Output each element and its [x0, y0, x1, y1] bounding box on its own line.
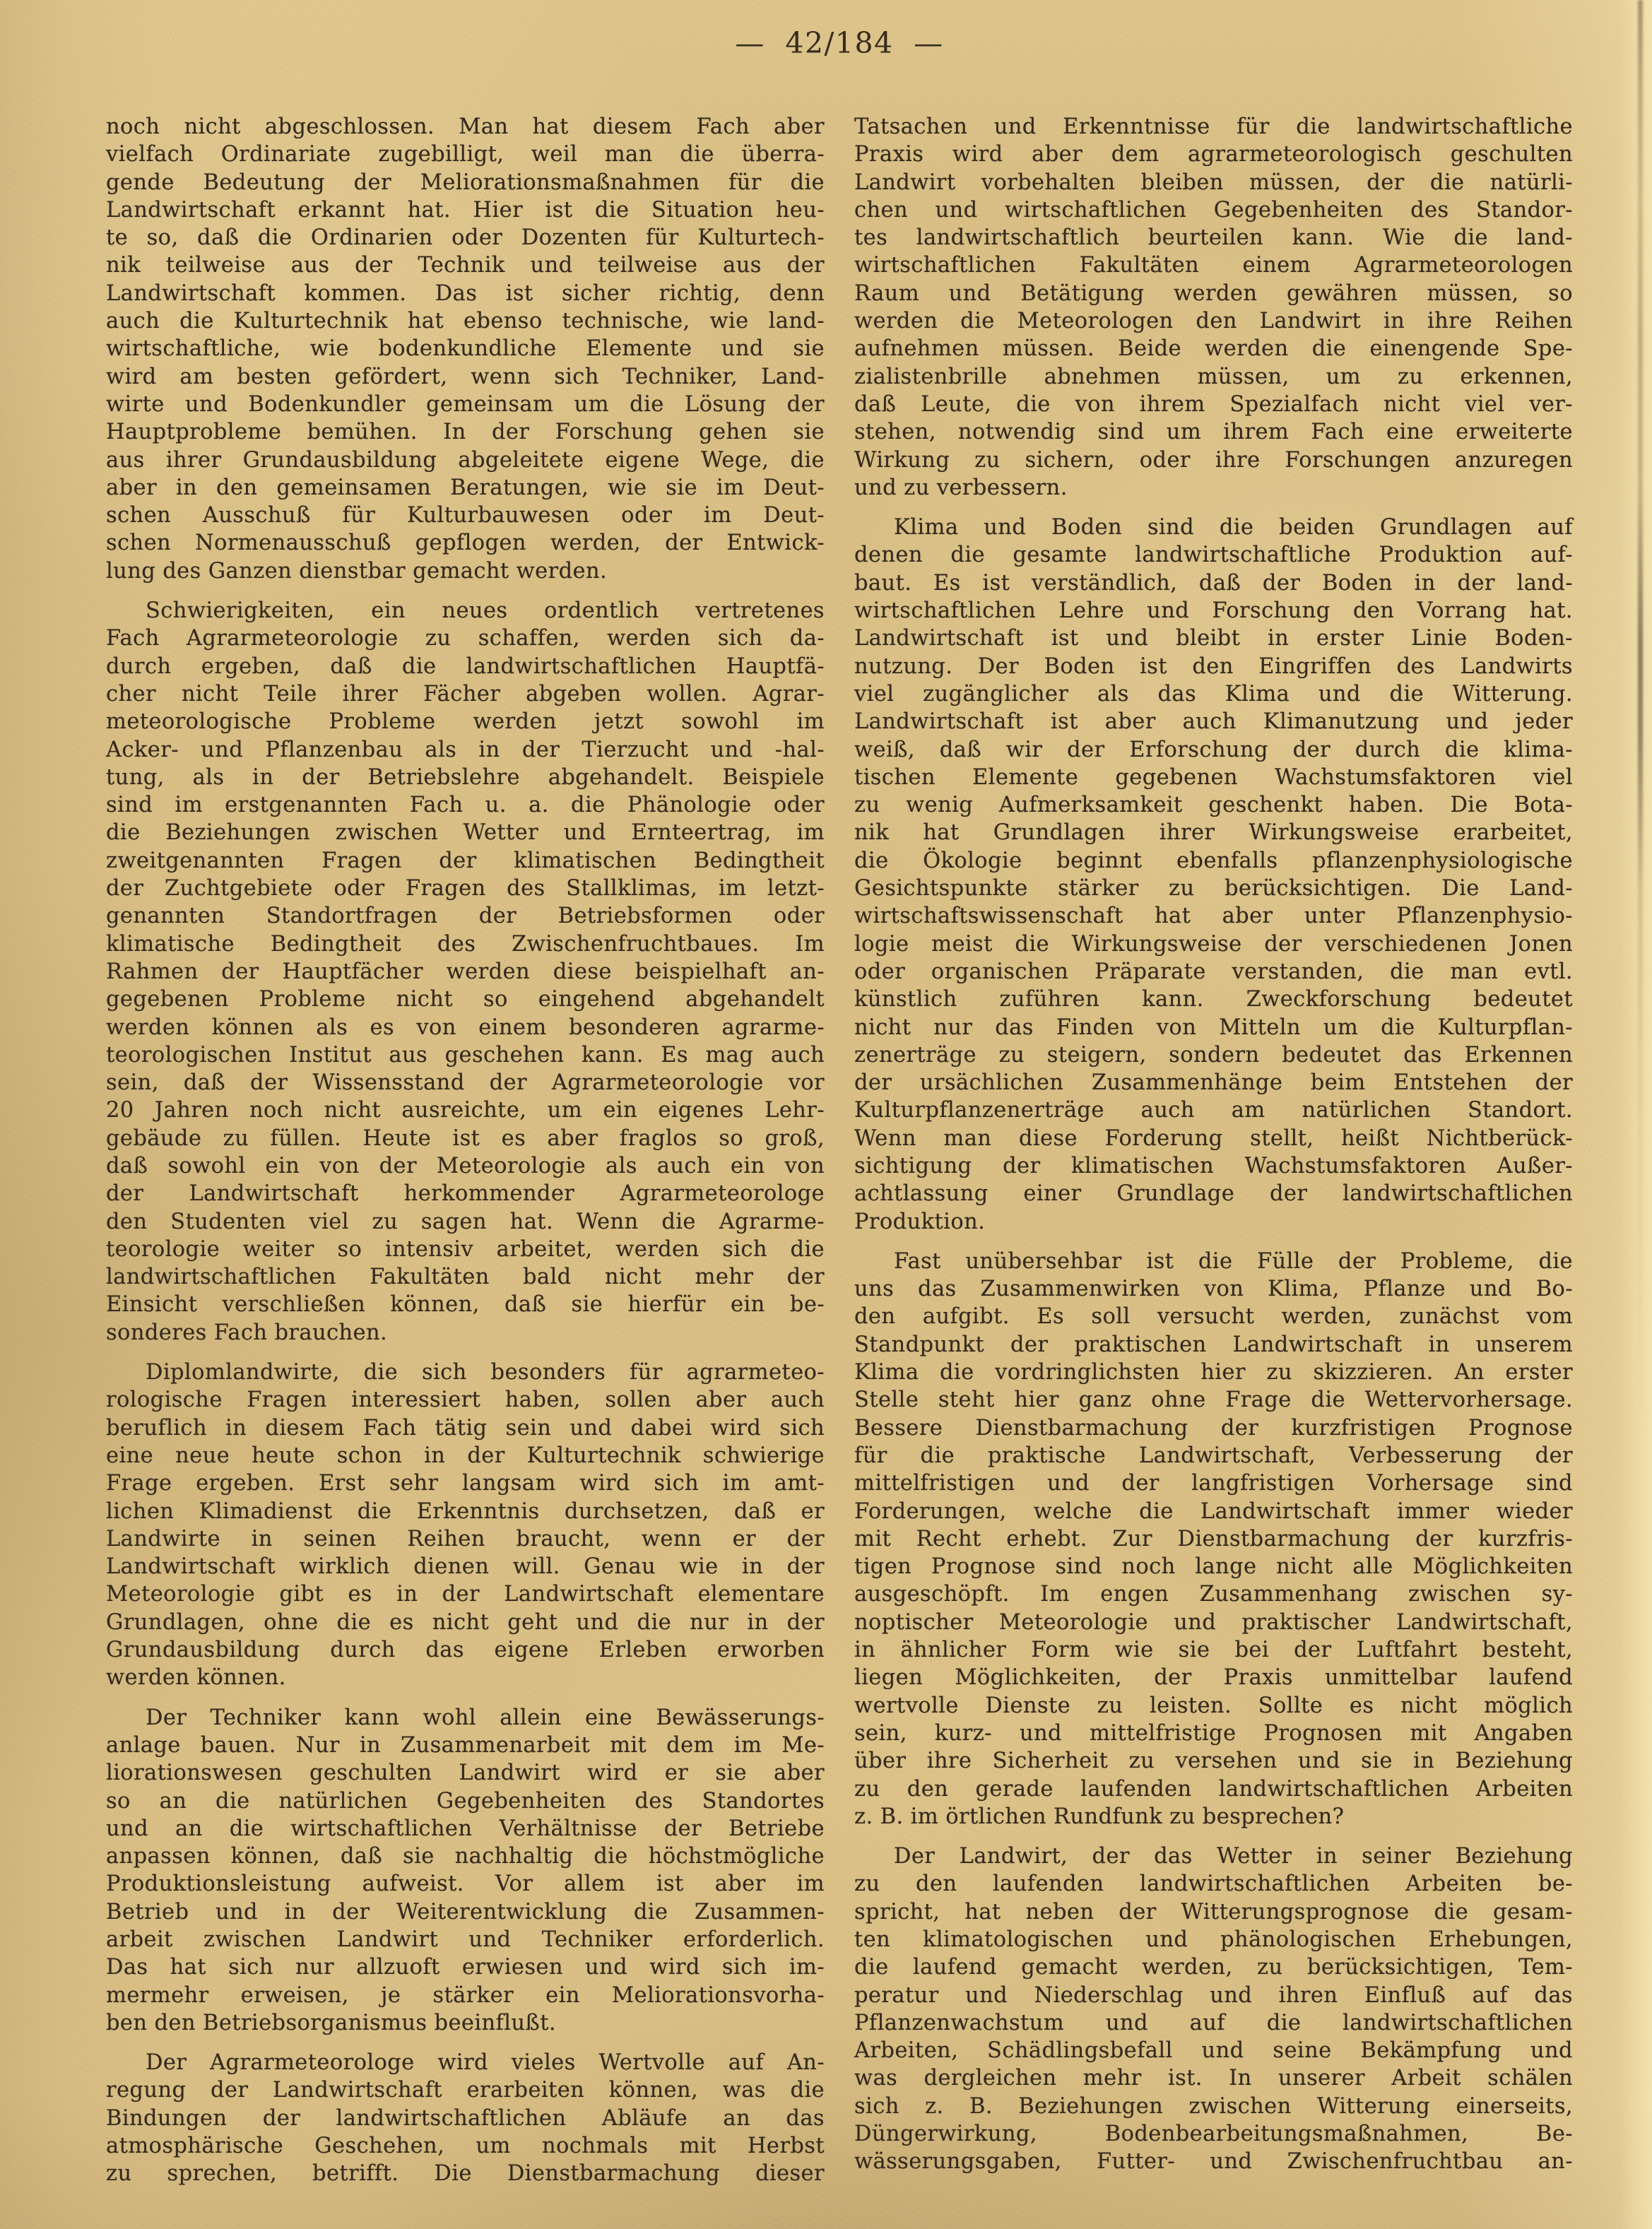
text-line: werden können als es von einem besondere… — [106, 1014, 825, 1041]
text-line: Landwirtschaft ist aber auch Klimanutzun… — [854, 708, 1573, 735]
text-line: Düngerwirkung, Bodenbearbeitungsmaßnahme… — [854, 2120, 1573, 2148]
text-line: die Beziehungen zwischen Wetter und Ernt… — [106, 819, 825, 846]
text-line: wirtschaftlichen Fakultäten einem Agrarm… — [854, 252, 1573, 279]
text-line: mermehr erweisen, je stärker ein Meliora… — [106, 1982, 825, 2009]
text-line: Tatsachen und Erkenntnisse für die landw… — [854, 113, 1573, 141]
text-line: sind im erstgenannten Fach u. a. die Phä… — [106, 791, 825, 819]
text-line: zialistenbrille abnehmen müssen, um zu e… — [854, 363, 1573, 391]
text-line: wertvolle Dienste zu leisten. Sollte es … — [854, 1692, 1573, 1720]
text-column-left: noch nicht abgeschlossen. Man hat diesem… — [106, 113, 825, 2188]
text-line: liorationswesen geschulten Landwirt wird… — [106, 1759, 825, 1787]
paragraph: Der Agrarmeteorologe wird vieles Wertvol… — [106, 2049, 825, 2187]
text-line: Gesichtspunkte stärker zu berücksichtige… — [854, 875, 1573, 902]
text-line: Wirkung zu sichern, oder ihre Forschunge… — [854, 447, 1573, 474]
text-line: der Zuchtgebiete oder Fragen des Stallkl… — [106, 875, 825, 902]
text-line: Der Techniker kann wohl allein eine Bewä… — [106, 1704, 825, 1732]
text-line: Rahmen der Hauptfächer werden diese beis… — [106, 958, 825, 986]
text-line: für die praktische Landwirtschaft, Verbe… — [854, 1442, 1573, 1470]
text-line: wirte und Bodenkundler gemeinsam um die … — [106, 391, 825, 418]
text-line: ausgeschöpft. Im engen Zusammenhang zwis… — [854, 1580, 1573, 1608]
text-line: Fach Agrarmeteorologie zu schaffen, werd… — [106, 625, 825, 652]
text-line: in ähnlicher Form wie sie bei der Luftfa… — [854, 1636, 1573, 1664]
text-line: Der Landwirt, der das Wetter in seiner B… — [854, 1843, 1573, 1870]
text-line: Klima und Boden sind die beiden Grundlag… — [854, 514, 1573, 541]
text-line: beruflich in diesem Fach tätig sein und … — [106, 1414, 825, 1442]
text-line: teorologie weiter so intensiv arbeitet, … — [106, 1236, 825, 1263]
paragraph: Schwierigkeiten, ein neues ordentlich ve… — [106, 597, 825, 1347]
text-line: Landwirt vorbehalten bleiben müssen, der… — [854, 169, 1573, 196]
text-line: Produktion. — [854, 1208, 1573, 1236]
text-line: weiß, daß wir der Erforschung der durch … — [854, 736, 1573, 764]
text-line: aus ihrer Grundausbildung abgeleitete ei… — [106, 447, 825, 474]
text-line: gegebenen Probleme nicht so eingehend ab… — [106, 986, 825, 1013]
scanned-page: { "document": { "kind": "scanned book pa… — [0, 0, 1652, 2229]
text-line: sein, daß der Wissensstand der Agrarmete… — [106, 1069, 825, 1096]
text-line: Stelle steht hier ganz ohne Frage die We… — [854, 1386, 1573, 1414]
text-line: Diplomlandwirte, die sich besonders für … — [106, 1359, 825, 1386]
text-line: Standpunkt der praktischen Landwirtschaf… — [854, 1331, 1573, 1359]
text-line: Forderungen, welche die Landwirtschaft i… — [854, 1498, 1573, 1525]
text-line: und zu verbessern. — [854, 474, 1573, 502]
text-line: wirtschaftswissenschaft hat aber unter P… — [854, 902, 1573, 930]
text-line: sich z. B. Beziehungen zwischen Witterun… — [854, 2093, 1573, 2120]
text-line: Klima die vordringlichsten hier zu skizz… — [854, 1359, 1573, 1386]
text-line: rologische Fragen interessiert haben, so… — [106, 1386, 825, 1414]
text-line: atmosphärische Geschehen, um nochmals mi… — [106, 2132, 825, 2160]
text-line: achtlassung einer Grundlage der landwirt… — [854, 1180, 1573, 1207]
text-line: noch nicht abgeschlossen. Man hat diesem… — [106, 113, 825, 141]
page-container: — 42/184 — noch nicht abgeschlossen. Man… — [0, 0, 1652, 2229]
text-line: denen die gesamte landwirtschaftliche Pr… — [854, 541, 1573, 569]
text-line: viel zugänglicher als das Klima und die … — [854, 680, 1573, 708]
text-line: schen Normenausschuß gepflogen werden, d… — [106, 529, 825, 557]
text-line: Landwirte in seinen Reihen braucht, wenn… — [106, 1525, 825, 1553]
text-line: vielfach Ordinariate zugebilligt, weil m… — [106, 141, 825, 168]
text-line: genannten Standortfragen der Betriebsfor… — [106, 902, 825, 930]
text-line: daß Leute, die von ihrem Spezialfach nic… — [854, 391, 1573, 418]
text-line: landwirtschaftlichen Fakultäten bald nic… — [106, 1263, 825, 1291]
text-line: nutzung. Der Boden ist den Eingriffen de… — [854, 653, 1573, 680]
text-line: und an die wirtschaftlichen Verhältnisse… — [106, 1815, 825, 1843]
text-line: die Ökologie beginnt ebenfalls pflanzenp… — [854, 847, 1573, 875]
text-line: so an die natürlichen Gegebenheiten des … — [106, 1787, 825, 1815]
text-line: zu wenig Aufmerksamkeit geschenkt haben.… — [854, 791, 1573, 819]
text-line: Grundausbildung durch das eigene Erleben… — [106, 1636, 825, 1664]
text-line: oder organischen Präparate verstanden, d… — [854, 958, 1573, 986]
text-line: gebäude zu füllen. Heute ist es aber fra… — [106, 1125, 825, 1152]
text-line: auch die Kulturtechnik hat ebenso techni… — [106, 307, 825, 335]
text-line: zu den gerade laufenden landwirtschaftli… — [854, 1775, 1573, 1803]
text-line: lichen Klimadienst die Erkenntnis durchs… — [106, 1498, 825, 1525]
text-line: Landwirtschaft wirklich dienen will. Gen… — [106, 1553, 825, 1580]
text-line: z. B. im örtlichen Rundfunk zu bespreche… — [854, 1803, 1573, 1831]
text-line: meteorologische Probleme werden jetzt so… — [106, 708, 825, 735]
paragraph: Klima und Boden sind die beiden Grundlag… — [854, 514, 1573, 1236]
page-number: — 42/184 — — [735, 26, 943, 60]
text-line: spricht, hat neben der Witterungsprognos… — [854, 1898, 1573, 1926]
text-line: lung des Ganzen dienstbar gemacht werden… — [106, 557, 825, 585]
text-line: nik hat Grundlagen ihrer Wirkungsweise e… — [854, 819, 1573, 846]
text-line: Der Agrarmeteorologe wird vieles Wertvol… — [106, 2049, 825, 2076]
text-line: Bindungen der landwirtschaftlichen Abläu… — [106, 2105, 825, 2132]
text-body: noch nicht abgeschlossen. Man hat diesem… — [106, 113, 1573, 2188]
text-line: Meteorologie gibt es in der Landwirtscha… — [106, 1580, 825, 1608]
text-line: Arbeiten, Schädlingsbefall und seine Bek… — [854, 2037, 1573, 2064]
text-line: baut. Es ist verständlich, daß der Boden… — [854, 569, 1573, 597]
text-line: eine neue heute schon in der Kulturtechn… — [106, 1442, 825, 1470]
text-line: Einsicht verschließen können, daß sie hi… — [106, 1291, 825, 1318]
text-line: liegen Möglichkeiten, der Praxis unmitte… — [854, 1664, 1573, 1691]
text-line: wird am besten gefördert, wenn sich Tech… — [106, 363, 825, 391]
text-line: durch ergeben, daß die landwirtschaftlic… — [106, 653, 825, 680]
text-line: Landwirtschaft kommen. Das ist sicher ri… — [106, 280, 825, 307]
text-line: künstlich zuführen kann. Zweckforschung … — [854, 986, 1573, 1013]
text-line: sein, kurz- und mittelfristige Prognosen… — [854, 1720, 1573, 1747]
text-line: den Studenten viel zu sagen hat. Wenn di… — [106, 1208, 825, 1236]
text-line: arbeit zwischen Landwirt und Techniker e… — [106, 1926, 825, 1953]
text-line: aufnehmen müssen. Beide werden die einen… — [854, 335, 1573, 362]
text-line: Wenn man diese Forderung stellt, heißt N… — [854, 1125, 1573, 1152]
text-line: mittelfristigen und der langfristigen Vo… — [854, 1470, 1573, 1497]
text-line: werden können. — [106, 1664, 825, 1691]
text-line: nicht nur das Finden von Mitteln um die … — [854, 1014, 1573, 1041]
text-line: Praxis wird aber dem agrarmeteorologisch… — [854, 141, 1573, 168]
text-line: uns das Zusammenwirken von Klima, Pflanz… — [854, 1275, 1573, 1303]
text-line: die laufend gemacht werden, zu berücksic… — [854, 1953, 1573, 1981]
text-line: Hauptprobleme bemühen. In der Forschung … — [106, 418, 825, 446]
text-line: Fast unübersehbar ist die Fülle der Prob… — [854, 1248, 1573, 1275]
text-line: wässerungsgaben, Futter- und Zwischenfru… — [854, 2148, 1573, 2175]
text-line: schen Ausschuß für Kulturbauwesen oder i… — [106, 502, 825, 529]
text-line: Pflanzenwachstum und auf die landwirtsch… — [854, 2009, 1573, 2037]
text-line: Bessere Dienstbarmachung der kurzfristig… — [854, 1414, 1573, 1442]
text-line: nik teilweise aus der Technik und teilwe… — [106, 252, 825, 279]
text-line: den aufgibt. Es soll versucht werden, zu… — [854, 1303, 1573, 1330]
paragraph: Der Techniker kann wohl allein eine Bewä… — [106, 1704, 825, 2038]
text-line: der Landwirtschaft herkommender Agrarmet… — [106, 1180, 825, 1207]
paragraph: noch nicht abgeschlossen. Man hat diesem… — [106, 113, 825, 585]
page-header: — 42/184 — — [106, 25, 1573, 61]
text-line: ben den Betriebsorganismus beeinflußt. — [106, 2009, 825, 2037]
text-line: mit Recht erhebt. Zur Dienstbarmachung d… — [854, 1525, 1573, 1553]
text-line: aber in den gemeinsamen Beratungen, wie … — [106, 474, 825, 502]
text-line: regung der Landwirtschaft erarbeiten kön… — [106, 2076, 825, 2104]
paragraph: Der Landwirt, der das Wetter in seiner B… — [854, 1843, 1573, 2176]
text-line: werden die Meteorologen den Landwirt in … — [854, 307, 1573, 335]
text-line: zenerträge zu steigern, sondern bedeutet… — [854, 1041, 1573, 1069]
text-line: anpassen können, daß sie nachhaltig die … — [106, 1843, 825, 1870]
text-line: logie meist die Wirkungsweise der versch… — [854, 930, 1573, 958]
text-line: ten klimatologischen und phänologischen … — [854, 1926, 1573, 1953]
text-line: peratur und Niederschlag und ihren Einfl… — [854, 1982, 1573, 2009]
text-line: 20 Jahren noch nicht ausreichte, um ein … — [106, 1096, 825, 1124]
paragraph: Tatsachen und Erkenntnisse für die landw… — [854, 113, 1573, 502]
text-line: sichtigung der klimatischen Wachstumsfak… — [854, 1152, 1573, 1180]
text-line: Landwirtschaft erkannt hat. Hier ist die… — [106, 196, 825, 224]
text-line: tigen Prognose sind noch lange nicht all… — [854, 1553, 1573, 1580]
text-line: zu den laufenden landwirtschaftlichen Ar… — [854, 1870, 1573, 1898]
text-line: Kulturpflanzenerträge auch am natürliche… — [854, 1096, 1573, 1124]
text-line: teorologischen Institut aus geschehen ka… — [106, 1041, 825, 1069]
text-line: tung, als in der Betriebslehre abgehande… — [106, 764, 825, 791]
text-line: Betrieb und in der Weiterentwicklung die… — [106, 1898, 825, 1926]
text-line: noptischer Meteorologie und praktischer … — [854, 1609, 1573, 1636]
text-line: Raum und Betätigung werden gewähren müss… — [854, 280, 1573, 307]
text-line: Acker- und Pflanzenbau als in der Tierzu… — [106, 736, 825, 764]
text-line: Frage ergeben. Erst sehr langsam wird si… — [106, 1470, 825, 1497]
text-line: Landwirtschaft ist und bleibt in erster … — [854, 625, 1573, 652]
text-line: stehen, notwendig sind um ihrem Fach ein… — [854, 418, 1573, 446]
text-line: te so, daß die Ordinarien oder Dozenten … — [106, 224, 825, 252]
text-line: über ihre Sicherheit zu versehen und sie… — [854, 1747, 1573, 1775]
text-line: Grundlagen, ohne die es nicht geht und d… — [106, 1609, 825, 1636]
text-column-right: Tatsachen und Erkenntnisse für die landw… — [854, 113, 1573, 2188]
text-line: Das hat sich nur allzuoft erwiesen und w… — [106, 1953, 825, 1981]
text-line: zweitgenannten Fragen der klimatischen B… — [106, 847, 825, 875]
text-line: wirtschaftlichen Lehre und Forschung den… — [854, 597, 1573, 625]
text-line: cher nicht Teile ihrer Fächer abgeben wo… — [106, 680, 825, 708]
text-line: Produktionsleistung aufweist. Vor allem … — [106, 1870, 825, 1898]
text-line: gende Bedeutung der Meliorationsmaßnahme… — [106, 169, 825, 196]
text-line: wirtschaftliche, wie bodenkundliche Elem… — [106, 335, 825, 362]
text-line: der ursächlichen Zusammenhänge beim Ents… — [854, 1069, 1573, 1096]
text-line: sonderes Fach brauchen. — [106, 1319, 825, 1347]
text-line: tischen Elemente gegebenen Wachstumsfakt… — [854, 764, 1573, 791]
text-line: zu sprechen, betrifft. Die Dienstbarmach… — [106, 2160, 825, 2187]
text-line: anlage bauen. Nur in Zusammenarbeit mit … — [106, 1732, 825, 1759]
paragraph: Diplomlandwirte, die sich besonders für … — [106, 1359, 825, 1692]
text-line: klimatische Bedingtheit des Zwischenfruc… — [106, 930, 825, 958]
text-line: tes landwirtschaftlich beurteilen kann. … — [854, 224, 1573, 252]
text-line: daß sowohl ein von der Meteorologie als … — [106, 1152, 825, 1180]
text-line: was dergleichen mehr ist. In unserer Arb… — [854, 2064, 1573, 2092]
paragraph: Fast unübersehbar ist die Fülle der Prob… — [854, 1248, 1573, 1831]
text-line: Schwierigkeiten, ein neues ordentlich ve… — [106, 597, 825, 625]
text-line: chen und wirtschaftlichen Gegebenheiten … — [854, 196, 1573, 224]
